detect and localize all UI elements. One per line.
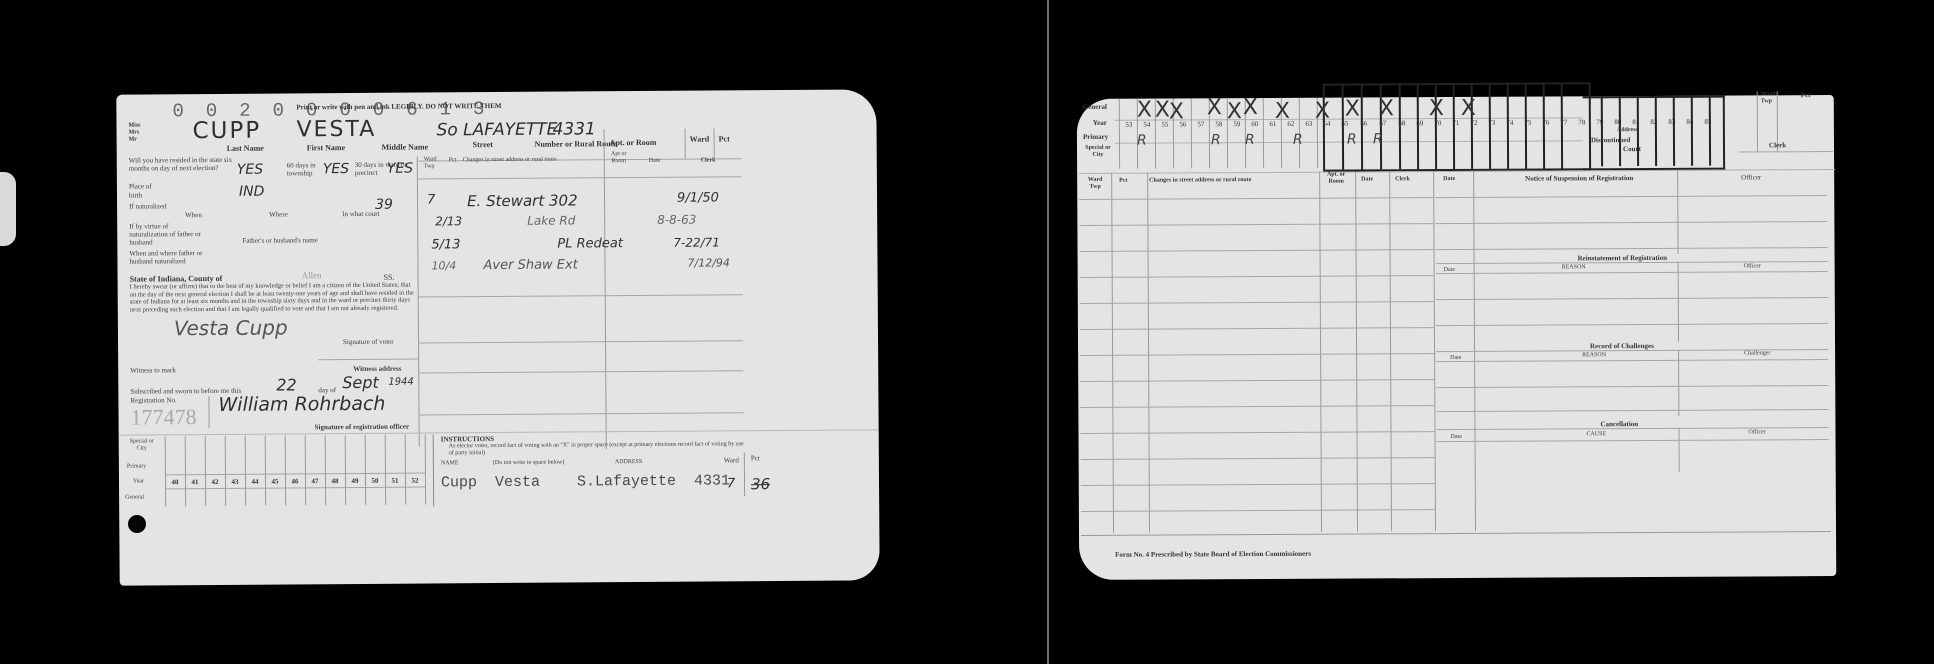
registration-number: 177478: [130, 404, 196, 430]
row-label-special-city: Special or City: [1083, 145, 1113, 159]
resided-state-answer: YES: [237, 162, 263, 178]
middle-name-label: Middle Name: [382, 142, 428, 151]
days-township-label: 60 days in township: [287, 161, 327, 177]
sworn-year: 1944: [388, 377, 414, 388]
table-header: Clerk: [1395, 175, 1410, 184]
special-city-label: Special or City: [127, 438, 157, 452]
last-name-label: Last Name: [227, 144, 264, 153]
place-of-birth-label: Place of birth: [129, 182, 159, 200]
ward-label: Ward: [690, 135, 710, 144]
typed-pct: 36: [751, 475, 770, 493]
address-change-entry: Aver Shaw Ext: [483, 257, 577, 273]
where-label: Where: [269, 210, 288, 219]
street-value: So LAFAYETTE: [436, 120, 557, 141]
resided-state-label: Will you have resided in the state six m…: [129, 156, 233, 173]
back-clerk-label: Clerk: [1769, 141, 1786, 150]
what-court-label: In what court: [342, 210, 379, 219]
vote-year-cell: 40: [165, 478, 185, 486]
punch-hole: [128, 515, 146, 533]
when-label: When: [185, 211, 202, 220]
address-change-entry: Lake Rd: [527, 213, 575, 227]
first-name-label: First Name: [307, 143, 345, 152]
year-label: Year: [133, 477, 144, 486]
address-change-date: 7/12/94: [687, 256, 729, 269]
officer-signature: William Rohrbach: [218, 393, 385, 416]
address-changes-list: 7 E. Stewart 302 9/1/50 2/13 Lake Rd 8-8…: [116, 89, 876, 94]
table-header: Pct: [1119, 177, 1127, 186]
address-change-ward: 10/4: [431, 259, 456, 272]
pct-bottom-label: Pct: [751, 454, 760, 463]
header-instruction: Print or write with pen and ink LEGIBLY.…: [296, 101, 596, 112]
reinstatement-header: REASON: [1562, 263, 1586, 272]
name-label: NAME: [441, 459, 459, 468]
registration-card-front: 0020000613 Print or write with pen and i…: [116, 89, 879, 585]
address-change-ward: 5/13: [431, 237, 460, 252]
vote-year-cell: 51: [385, 477, 405, 485]
cancellation-header: CAUSE: [1586, 430, 1606, 439]
back-ward-twp-label: Ward Twp: [1761, 91, 1783, 105]
typed-ward: 7: [727, 476, 735, 491]
salutation-labels: Miss Mrs Mr: [128, 122, 148, 143]
apt-or-room-label: Apt or Room: [610, 151, 628, 165]
general-label: General: [125, 493, 144, 502]
ward-bottom-label: Ward: [724, 456, 739, 465]
do-not-write-label: (Do not write in space below): [493, 459, 565, 468]
address-label: ADDRESS: [615, 458, 642, 467]
reinstatement-header: Officer: [1744, 262, 1761, 271]
witness-mark-label: Witness to mark: [130, 366, 176, 375]
address-change-ward: 7: [427, 192, 435, 207]
table-header: Date: [1361, 175, 1373, 184]
row-label-primary: Primary: [1083, 133, 1108, 142]
vote-year-cell: 41: [185, 478, 205, 486]
sworn-month: Sept: [342, 373, 379, 392]
vote-year-cell: 46: [285, 477, 305, 485]
vote-year-cell: 45: [265, 477, 285, 485]
vote-year-cell: 43: [225, 478, 245, 486]
table-header: Ward Twp: [1083, 177, 1107, 191]
sworn-day: 22: [276, 375, 296, 394]
challenges-header: REASON: [1582, 351, 1606, 360]
primary-label: Primary: [127, 462, 146, 471]
signature-officer-label: Signature of registration officer: [315, 423, 409, 433]
address-change-ward: 2/13: [435, 214, 462, 228]
fathers-name-label: Father's or husband's name: [242, 236, 317, 246]
ward-pct-written: 39: [375, 197, 393, 213]
date-label: Date: [649, 157, 660, 166]
vote-year-cell: 52: [405, 477, 425, 485]
pct-label: Pct: [719, 134, 730, 143]
pct-short-label: Pct: [449, 156, 457, 165]
row-label-year: Year: [1093, 119, 1107, 128]
vote-year-cell: 47: [305, 477, 325, 485]
vote-year-cell: 42: [205, 478, 225, 486]
address-change-entry: E. Stewart 302: [467, 191, 578, 210]
overlay-note: Court: [1623, 145, 1641, 154]
when-where-father-label: When and where father or husband natural…: [129, 249, 209, 266]
virtue-naturalization-label: If by virtue of naturalization of father…: [129, 222, 207, 247]
table-header: Changes in street address or rural route: [1149, 176, 1289, 186]
address-change-date: 8-8-63: [657, 213, 696, 227]
vote-year-cell: 50: [365, 477, 385, 485]
clerk-label: Clerk: [701, 156, 716, 165]
vote-year-cell: 44: [245, 478, 265, 486]
instructions-text: As elector votes, record fact of voting …: [449, 441, 749, 457]
county-value: Allen: [302, 271, 322, 280]
ward-twp-label: Ward Twp: [424, 156, 446, 170]
last-name-value: CUPP: [192, 118, 261, 144]
frame-divider: [1047, 0, 1049, 664]
overlay-note: Discontinued: [1591, 136, 1630, 145]
suspension-header: Notice of Suspension of Registration: [1525, 174, 1633, 184]
apt-room-label: Apt. or Room: [610, 138, 657, 147]
typed-address: S.Lafayette 4331: [577, 472, 730, 490]
suspension-header: Officer: [1741, 173, 1761, 182]
number-value: 4331: [552, 119, 595, 139]
back-vote-year-grid: 53 54 55 56 57 58 59 60 61 62 63 64 65 6…: [1077, 95, 1834, 99]
signature-voter-label: Signature of voter: [343, 338, 394, 347]
vote-year-cell: 48: [325, 477, 345, 485]
address-change-date: 7-22/71: [673, 235, 720, 249]
if-naturalized-label: If naturalized: [129, 202, 169, 211]
address-change-entry: PL Redeat: [557, 236, 623, 251]
table-header: Apt. or Room: [1323, 172, 1349, 186]
voter-signature: Vesta Cupp: [174, 315, 288, 340]
days-ward-answer: YES: [387, 161, 413, 177]
changes-address-label: Changes in street address or rural route: [463, 155, 613, 165]
oath-text: I hereby swear (or affirm) that to the b…: [130, 282, 415, 314]
adjacent-card-edge: [0, 172, 16, 246]
street-label: Street: [473, 140, 493, 149]
back-pct-label: Pct: [1801, 91, 1811, 100]
registration-card-back: General Year Primary Special or City: [1077, 95, 1837, 580]
form-footer: Form No. 4 Prescribed by State Board of …: [1115, 550, 1311, 560]
row-label-general: General: [1083, 103, 1107, 112]
suspension-header: Date: [1443, 175, 1455, 184]
address-change-date: 9/1/50: [677, 190, 719, 205]
vote-year-grid: 40 41 42 43 44 45 46 47 48 49 50 51 52: [116, 89, 876, 94]
typed-name: Cupp Vesta: [441, 474, 540, 492]
vote-year-cell: 49: [345, 477, 365, 485]
ss-label: SS.: [384, 273, 395, 282]
cancellation-header: Officer: [1748, 428, 1765, 437]
challenges-header: Challenger: [1744, 349, 1770, 358]
place-of-birth-answer: IND: [239, 184, 265, 200]
first-name-value: VESTA: [296, 117, 376, 143]
days-township-answer: YES: [323, 161, 349, 177]
overlay-note: Address: [1617, 126, 1638, 135]
